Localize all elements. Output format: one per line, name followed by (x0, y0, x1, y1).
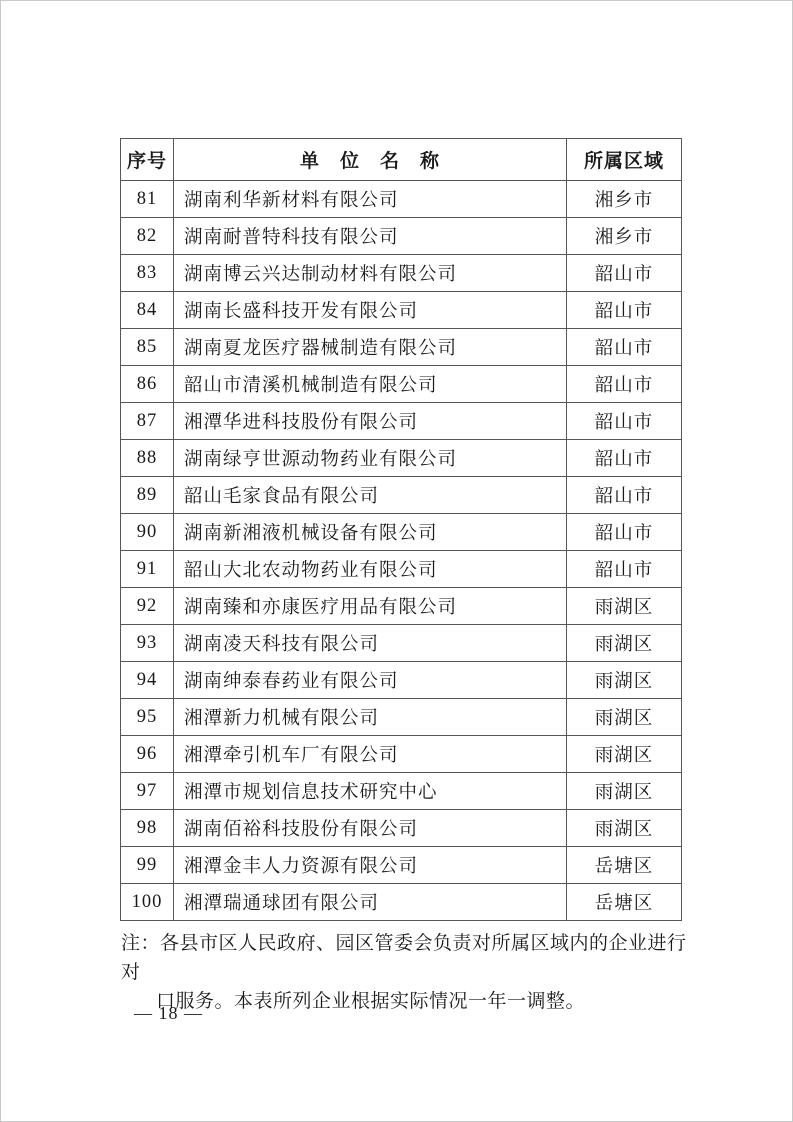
column-header-unit-name: 单 位 名 称 (174, 139, 567, 181)
table-row: 83湖南博云兴达制动材料有限公司韶山市 (121, 255, 682, 292)
row-region: 湘乡市 (567, 181, 682, 218)
table-row: 87湘潭华进科技股份有限公司韶山市 (121, 403, 682, 440)
table-row: 85湖南夏龙医疗器械制造有限公司韶山市 (121, 329, 682, 366)
row-region: 雨湖区 (567, 773, 682, 810)
row-serial: 82 (121, 218, 174, 255)
table-row: 91韶山大北农动物药业有限公司韶山市 (121, 551, 682, 588)
table-row: 92湖南臻和亦康医疗用品有限公司雨湖区 (121, 588, 682, 625)
row-region: 韶山市 (567, 329, 682, 366)
table-row: 84湖南长盛科技开发有限公司韶山市 (121, 292, 682, 329)
row-region: 韶山市 (567, 440, 682, 477)
table-row: 81湖南利华新材料有限公司湘乡市 (121, 181, 682, 218)
company-table: 序号 单 位 名 称 所属区域 81湖南利华新材料有限公司湘乡市82湖南耐普特科… (120, 138, 682, 921)
row-unit-name: 湘潭市规划信息技术研究中心 (174, 773, 567, 810)
footnote: 注：各县市区人民政府、园区管委会负责对所属区域内的企业进行对 口服务。本表所列企… (121, 929, 691, 1016)
row-unit-name: 湘潭瑞通球团有限公司 (174, 884, 567, 921)
row-unit-name: 湖南臻和亦康医疗用品有限公司 (174, 588, 567, 625)
row-serial: 90 (121, 514, 174, 551)
row-serial: 84 (121, 292, 174, 329)
row-serial: 91 (121, 551, 174, 588)
row-unit-name: 湖南耐普特科技有限公司 (174, 218, 567, 255)
row-serial: 86 (121, 366, 174, 403)
row-region: 岳塘区 (567, 847, 682, 884)
row-unit-name: 湖南佰裕科技股份有限公司 (174, 810, 567, 847)
row-serial: 92 (121, 588, 174, 625)
column-header-region: 所属区域 (567, 139, 682, 181)
row-unit-name: 湖南夏龙医疗器械制造有限公司 (174, 329, 567, 366)
table-row: 90湖南新湘液机械设备有限公司韶山市 (121, 514, 682, 551)
table-row: 82湖南耐普特科技有限公司湘乡市 (121, 218, 682, 255)
table-row: 99湘潭金丰人力资源有限公司岳塘区 (121, 847, 682, 884)
row-unit-name: 湖南绅泰春药业有限公司 (174, 662, 567, 699)
table-row: 86韶山市清溪机械制造有限公司韶山市 (121, 366, 682, 403)
row-region: 岳塘区 (567, 884, 682, 921)
row-region: 湘乡市 (567, 218, 682, 255)
row-unit-name: 湖南利华新材料有限公司 (174, 181, 567, 218)
row-region: 雨湖区 (567, 810, 682, 847)
table-header: 序号 单 位 名 称 所属区域 (121, 139, 682, 181)
row-serial: 96 (121, 736, 174, 773)
row-serial: 97 (121, 773, 174, 810)
row-region: 雨湖区 (567, 588, 682, 625)
row-serial: 83 (121, 255, 174, 292)
row-serial: 98 (121, 810, 174, 847)
row-unit-name: 湖南长盛科技开发有限公司 (174, 292, 567, 329)
row-serial: 85 (121, 329, 174, 366)
table-row: 88湖南绿亨世源动物药业有限公司韶山市 (121, 440, 682, 477)
row-region: 韶山市 (567, 255, 682, 292)
table-row: 100湘潭瑞通球团有限公司岳塘区 (121, 884, 682, 921)
row-serial: 81 (121, 181, 174, 218)
row-unit-name: 湖南凌天科技有限公司 (174, 625, 567, 662)
row-unit-name: 湘潭新力机械有限公司 (174, 699, 567, 736)
row-region: 韶山市 (567, 551, 682, 588)
table-header-row: 序号 单 位 名 称 所属区域 (121, 139, 682, 181)
row-unit-name: 湘潭金丰人力资源有限公司 (174, 847, 567, 884)
row-serial: 95 (121, 699, 174, 736)
page-number: — 18 — (134, 1003, 203, 1024)
table-row: 97湘潭市规划信息技术研究中心雨湖区 (121, 773, 682, 810)
row-serial: 87 (121, 403, 174, 440)
table-row: 89韶山毛家食品有限公司韶山市 (121, 477, 682, 514)
column-header-serial: 序号 (121, 139, 174, 181)
row-unit-name: 韶山毛家食品有限公司 (174, 477, 567, 514)
footnote-line-2: 口服务。本表所列企业根据实际情况一年一调整。 (121, 987, 691, 1016)
row-region: 雨湖区 (567, 662, 682, 699)
table-row: 94湖南绅泰春药业有限公司雨湖区 (121, 662, 682, 699)
row-region: 韶山市 (567, 292, 682, 329)
row-serial: 93 (121, 625, 174, 662)
row-unit-name: 湖南绿亨世源动物药业有限公司 (174, 440, 567, 477)
footnote-line-1: 注：各县市区人民政府、园区管委会负责对所属区域内的企业进行对 (121, 929, 691, 987)
row-region: 雨湖区 (567, 625, 682, 662)
row-unit-name: 湘潭牵引机车厂有限公司 (174, 736, 567, 773)
row-serial: 99 (121, 847, 174, 884)
table-row: 93湖南凌天科技有限公司雨湖区 (121, 625, 682, 662)
row-unit-name: 韶山市清溪机械制造有限公司 (174, 366, 567, 403)
row-unit-name: 湖南博云兴达制动材料有限公司 (174, 255, 567, 292)
row-region: 雨湖区 (567, 736, 682, 773)
table-row: 95湘潭新力机械有限公司雨湖区 (121, 699, 682, 736)
row-serial: 94 (121, 662, 174, 699)
document-page: 序号 单 位 名 称 所属区域 81湖南利华新材料有限公司湘乡市82湖南耐普特科… (0, 0, 793, 1122)
row-serial: 89 (121, 477, 174, 514)
row-serial: 88 (121, 440, 174, 477)
row-unit-name: 韶山大北农动物药业有限公司 (174, 551, 567, 588)
row-region: 韶山市 (567, 366, 682, 403)
row-serial: 100 (121, 884, 174, 921)
table-row: 98湖南佰裕科技股份有限公司雨湖区 (121, 810, 682, 847)
row-unit-name: 湖南新湘液机械设备有限公司 (174, 514, 567, 551)
row-region: 韶山市 (567, 514, 682, 551)
row-unit-name: 湘潭华进科技股份有限公司 (174, 403, 567, 440)
row-region: 韶山市 (567, 403, 682, 440)
table-body: 81湖南利华新材料有限公司湘乡市82湖南耐普特科技有限公司湘乡市83湖南博云兴达… (121, 181, 682, 921)
row-region: 雨湖区 (567, 699, 682, 736)
row-region: 韶山市 (567, 477, 682, 514)
table-row: 96湘潭牵引机车厂有限公司雨湖区 (121, 736, 682, 773)
